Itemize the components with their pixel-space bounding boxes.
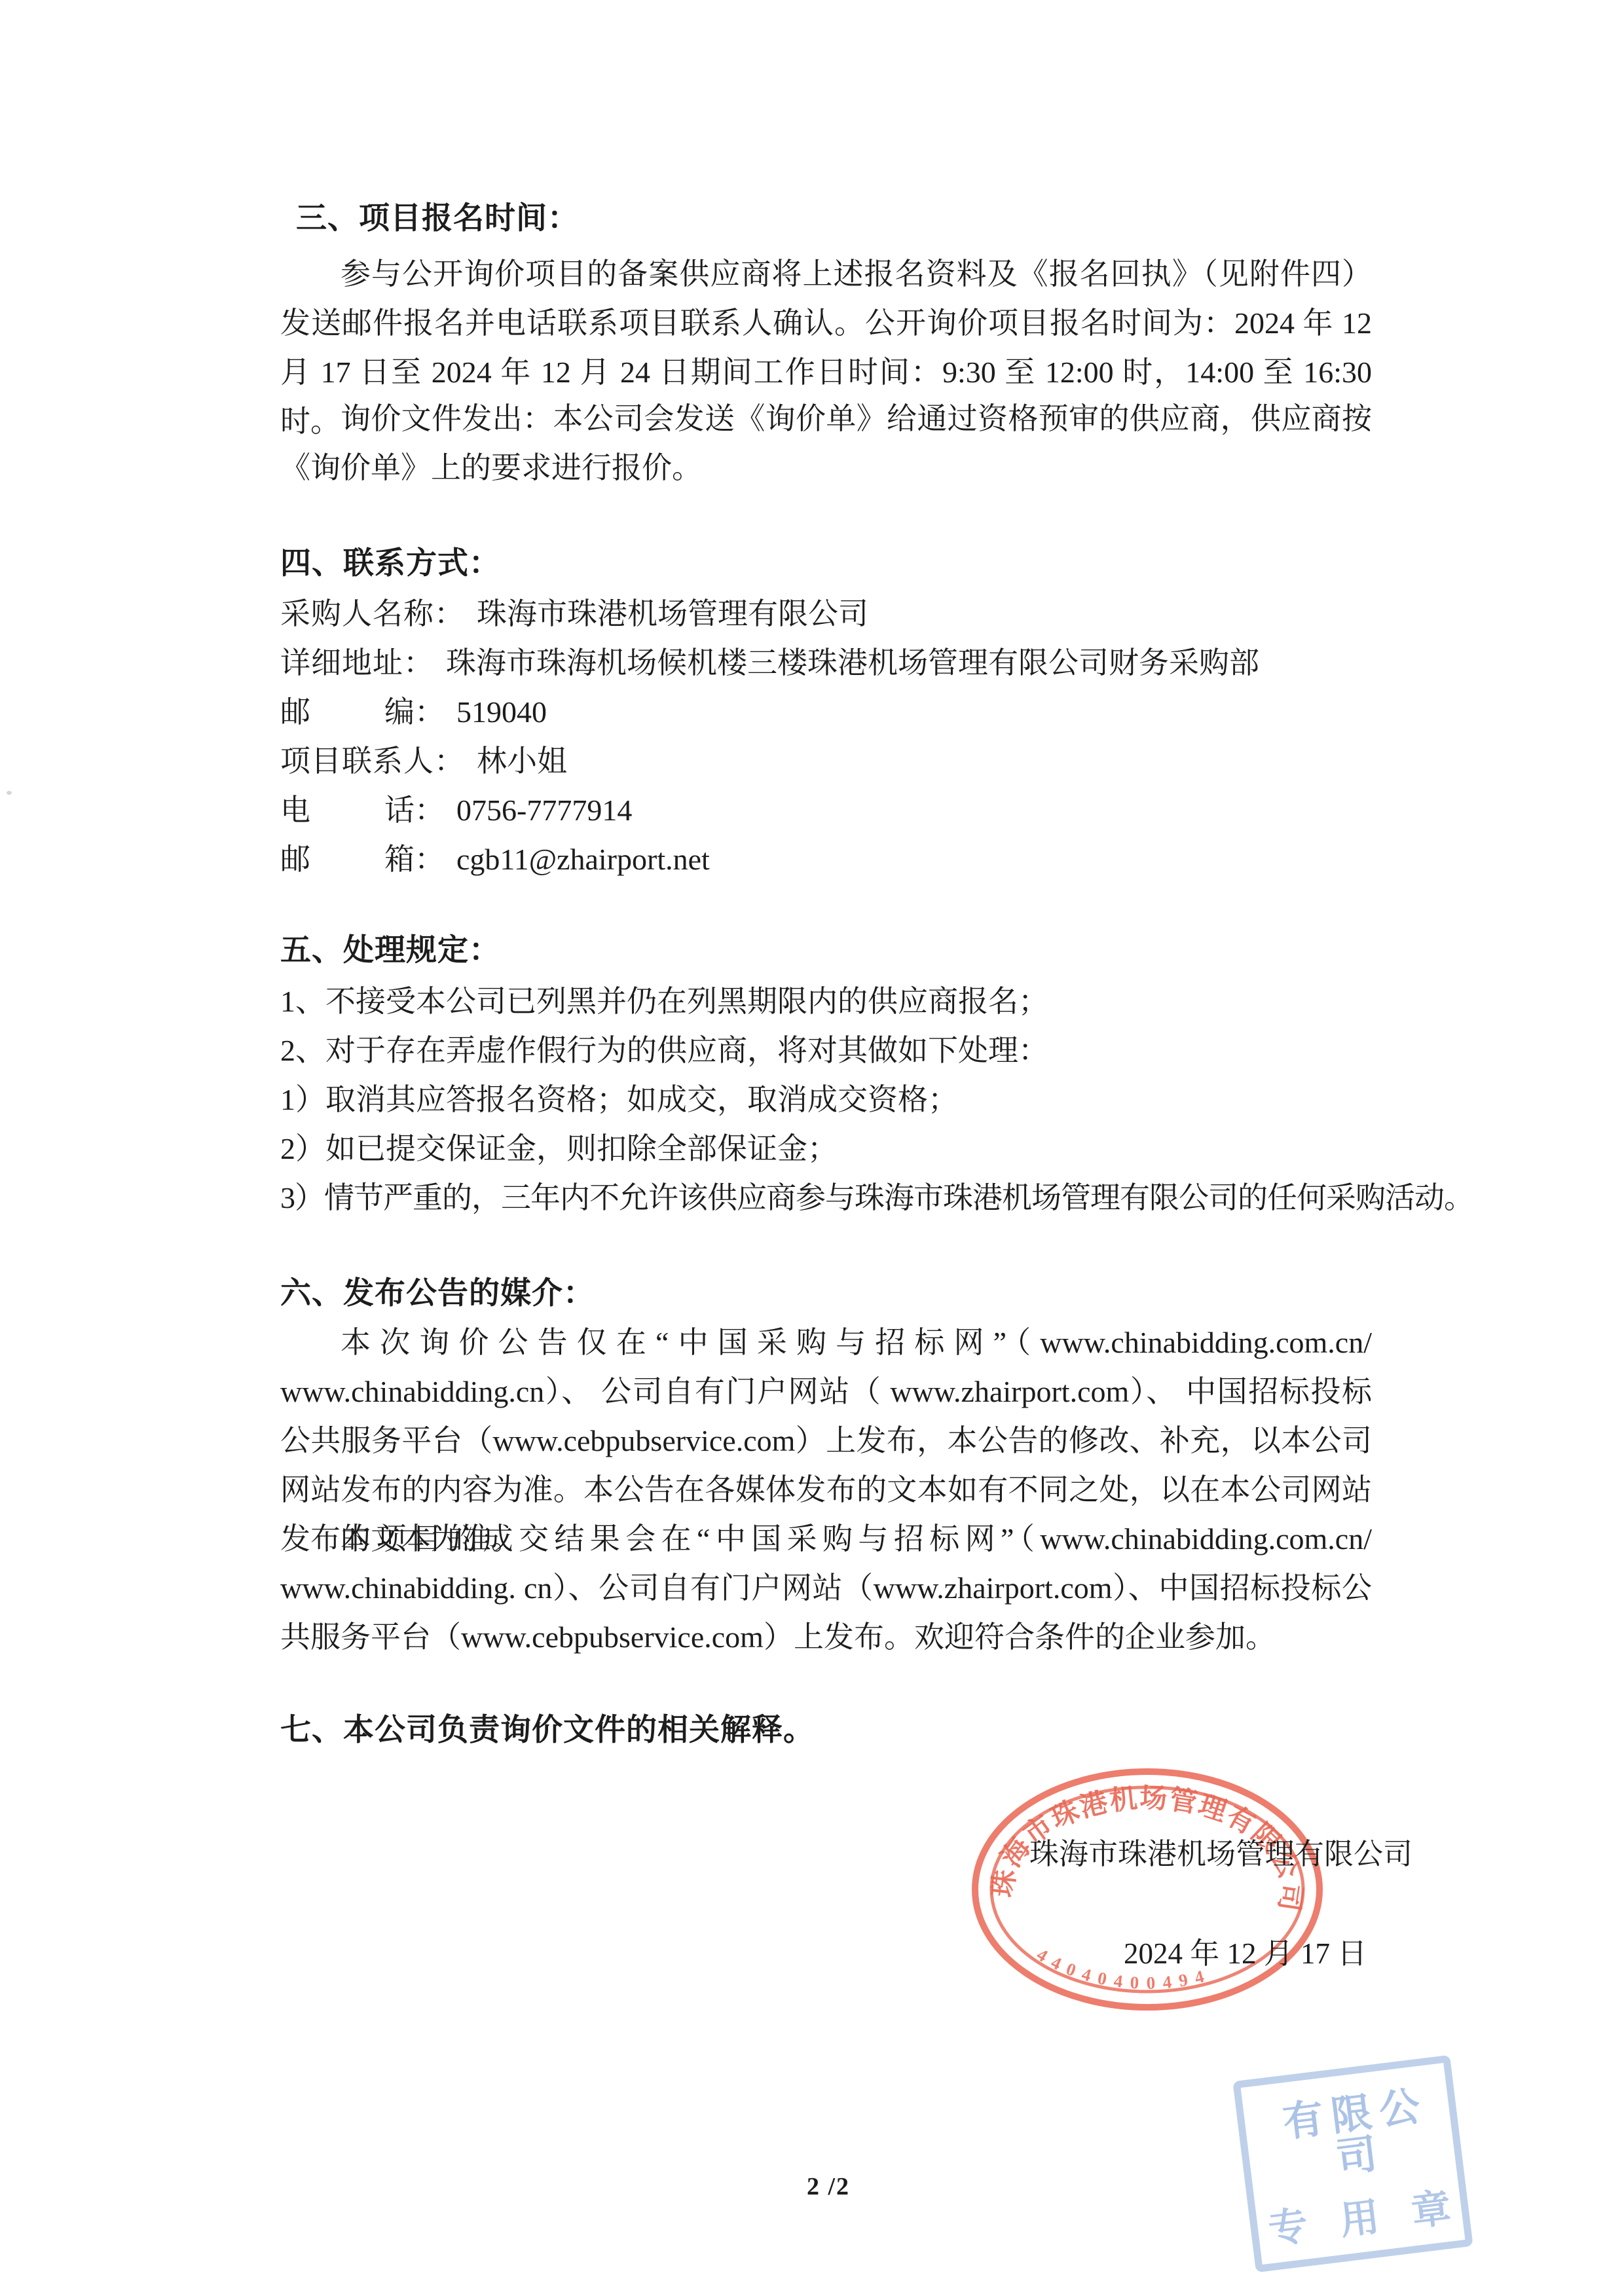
contact-row-phone: 电话：0756-7777914 [280,786,1372,835]
red-company-seal: 珠海市珠港机场管理有限公司 44040400494 [964,1761,1331,2023]
section-6-paragraph-2: 本项目的成交结果会在“中国采购与招标网”（www.chinabidding.co… [280,1514,1372,1662]
label-colon: ： [415,793,445,827]
scan-speck [7,791,12,795]
page-number: 2 /2 [773,2172,884,2201]
section-4-title: 四、联系方式： [280,539,1372,589]
label-char: 邮 [280,835,310,884]
blue-seal-line2: 专 用 章 [1256,2187,1464,2252]
contact-row-person: 项目联系人：林小姐 [280,737,1372,786]
contact-value: 珠海市珠海机场候机楼三楼珠港机场管理有限公司财务采购部 [446,646,1259,680]
section-7-title: 七、本公司负责询价文件的相关解释。 [280,1706,1372,1755]
section-5-title: 五、处理规定： [280,926,1372,975]
label-colon: ： [415,843,445,876]
blue-seal-char: 用 [1338,2196,1382,2242]
contact-row-email: 邮箱：cgb11@zhairport.net [280,835,1372,884]
contact-value: 珠海市珠港机场管理有限公司 [477,597,868,630]
blue-seal: 有限公司 专 用 章 [1232,2055,1473,2273]
contact-label: 邮编 [280,687,415,737]
label-colon: ： [415,695,445,729]
contact-value: 0756-7777914 [456,793,632,827]
rule-item: 3）情节严重的，三年内不允许该供应商参与珠海市珠港机场管理有限公司的任何采购活动… [280,1173,1372,1222]
rule-item: 2、对于存在弄虚作假行为的供应商，将对其做如下处理： [280,1026,1372,1075]
contact-row-buyer: 采购人名称：珠海市珠港机场管理有限公司 [280,589,1372,638]
rule-item: 2）如已提交保证金，则扣除全部保证金； [280,1124,1372,1173]
contact-label: 邮箱 [280,835,415,884]
signature-date: 2024 年 12 月 17 日 [1124,1935,1367,1973]
section-3-title: 三、项目报名时间： [280,194,1372,244]
blue-seal-char: 章 [1409,2188,1453,2233]
contact-label: 详细地址： [280,646,434,680]
contact-value: 林小姐 [477,744,567,778]
signature-company: 珠海市珠港机场管理有限公司 [1029,1835,1412,1873]
label-char: 编 [384,687,415,737]
label-char: 邮 [280,687,310,737]
contact-row-address: 详细地址：珠海市珠海机场候机楼三楼珠港机场管理有限公司财务采购部 [280,638,1372,687]
contact-block: 采购人名称：珠海市珠港机场管理有限公司 详细地址：珠海市珠海机场候机楼三楼珠港机… [280,589,1372,884]
label-char: 电 [280,786,310,835]
contact-label: 电话 [280,786,415,835]
section-3-paragraph-2: 询价文件发出：本公司会发送《询价单》给通过资格预审的供应商，供应商按《询价单》上… [280,394,1372,492]
rule-item: 1、不接受本公司已列黑并仍在列黑期限内的供应商报名； [280,977,1372,1026]
section-6-title: 六、发布公告的媒介： [280,1269,1372,1319]
label-char: 话 [384,786,415,835]
contact-label: 采购人名称： [280,597,465,630]
blue-seal-line1: 有限公司 [1243,2083,1456,2191]
contact-value: cgb11@zhairport.net [456,843,710,876]
contact-value: 519040 [456,695,547,729]
document-page: 三、项目报名时间： 参与公开询价项目的备案供应商将上述报名资料及《报名回执》（见… [0,0,1624,2296]
rules-block: 1、不接受本公司已列黑并仍在列黑期限内的供应商报名； 2、对于存在弄虚作假行为的… [280,977,1372,1222]
blue-seal-char: 专 [1266,2205,1310,2250]
contact-row-postcode: 邮编：519040 [280,687,1372,737]
contact-label: 项目联系人： [280,744,465,778]
label-char: 箱 [384,835,415,884]
rule-item: 1）取消其应答报名资格；如成交，取消成交资格； [280,1075,1372,1124]
